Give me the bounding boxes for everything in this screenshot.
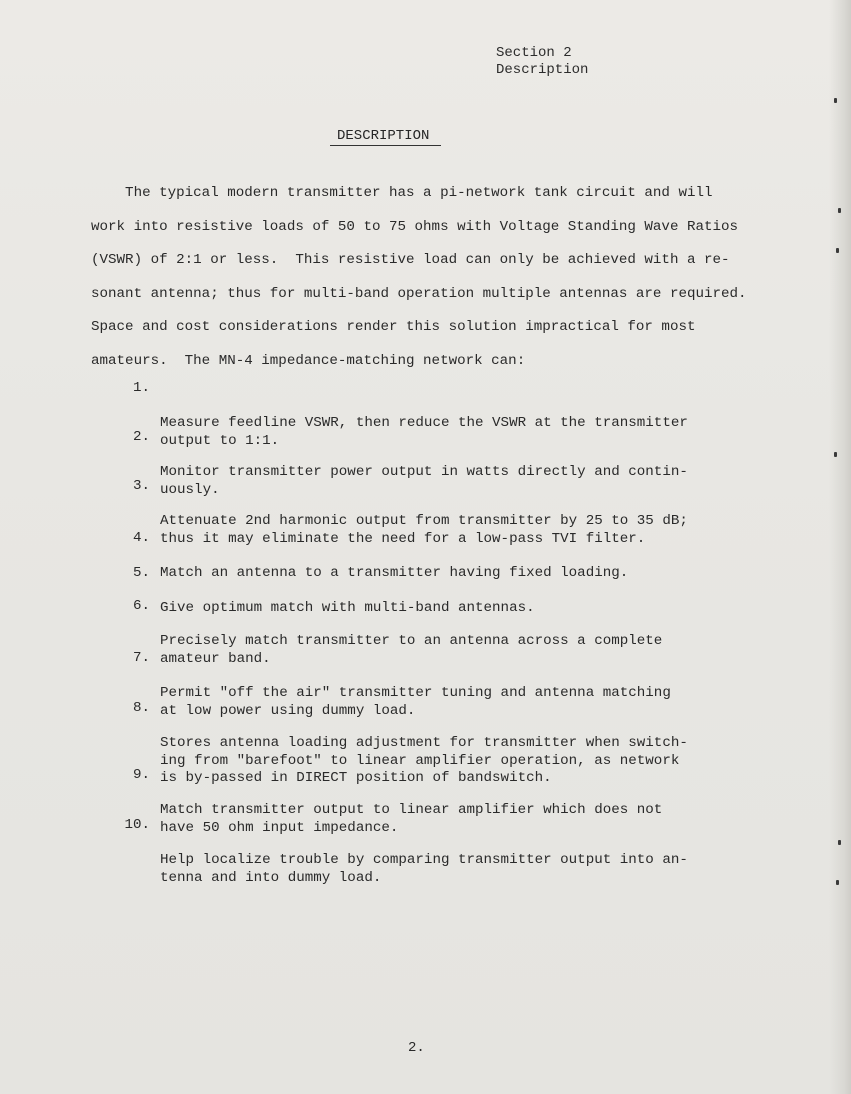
item-number: 10. bbox=[114, 817, 150, 835]
binding-hole-mark bbox=[836, 248, 839, 253]
section-number: Section 2 bbox=[496, 45, 588, 62]
item-number: 3. bbox=[114, 478, 150, 496]
document-page: Section 2 Description DESCRIPTION The ty… bbox=[0, 0, 851, 1094]
binding-hole-mark bbox=[834, 98, 837, 103]
page-number: 2. bbox=[408, 1040, 425, 1056]
item-number: 9. bbox=[114, 767, 150, 785]
paragraph-line: amateurs. The MN-4 impedance-matching ne… bbox=[91, 345, 751, 379]
item-number: 1. bbox=[114, 380, 150, 398]
item-number: 8. bbox=[114, 700, 150, 718]
heading-underline bbox=[330, 145, 441, 146]
item-number: 2. bbox=[114, 429, 150, 447]
binding-hole-mark bbox=[838, 840, 841, 845]
page-heading: DESCRIPTION bbox=[337, 128, 429, 144]
page-edge-shadow bbox=[829, 0, 851, 1094]
paragraph-line: (VSWR) of 2:1 or less. This resistive lo… bbox=[91, 244, 751, 278]
item-text: Help localize trouble by comparing trans… bbox=[160, 817, 688, 922]
binding-hole-mark bbox=[838, 208, 841, 213]
paragraph-line: sonant antenna; thus for multi-band oper… bbox=[91, 278, 751, 312]
binding-hole-mark bbox=[836, 880, 839, 885]
section-title: Description bbox=[496, 62, 588, 79]
paragraph-line: Space and cost considerations render thi… bbox=[91, 311, 751, 345]
item-number: 5. bbox=[114, 565, 150, 583]
paragraph-line: work into resistive loads of 50 to 75 oh… bbox=[91, 211, 751, 245]
item-number: 7. bbox=[114, 650, 150, 668]
item-number: 6. bbox=[114, 598, 150, 616]
item-number: 4. bbox=[114, 530, 150, 548]
binding-hole-mark bbox=[834, 452, 837, 457]
paragraph-line: The typical modern transmitter has a pi-… bbox=[91, 177, 751, 211]
intro-paragraph: The typical modern transmitter has a pi-… bbox=[91, 177, 751, 378]
section-header: Section 2 Description bbox=[496, 45, 588, 79]
